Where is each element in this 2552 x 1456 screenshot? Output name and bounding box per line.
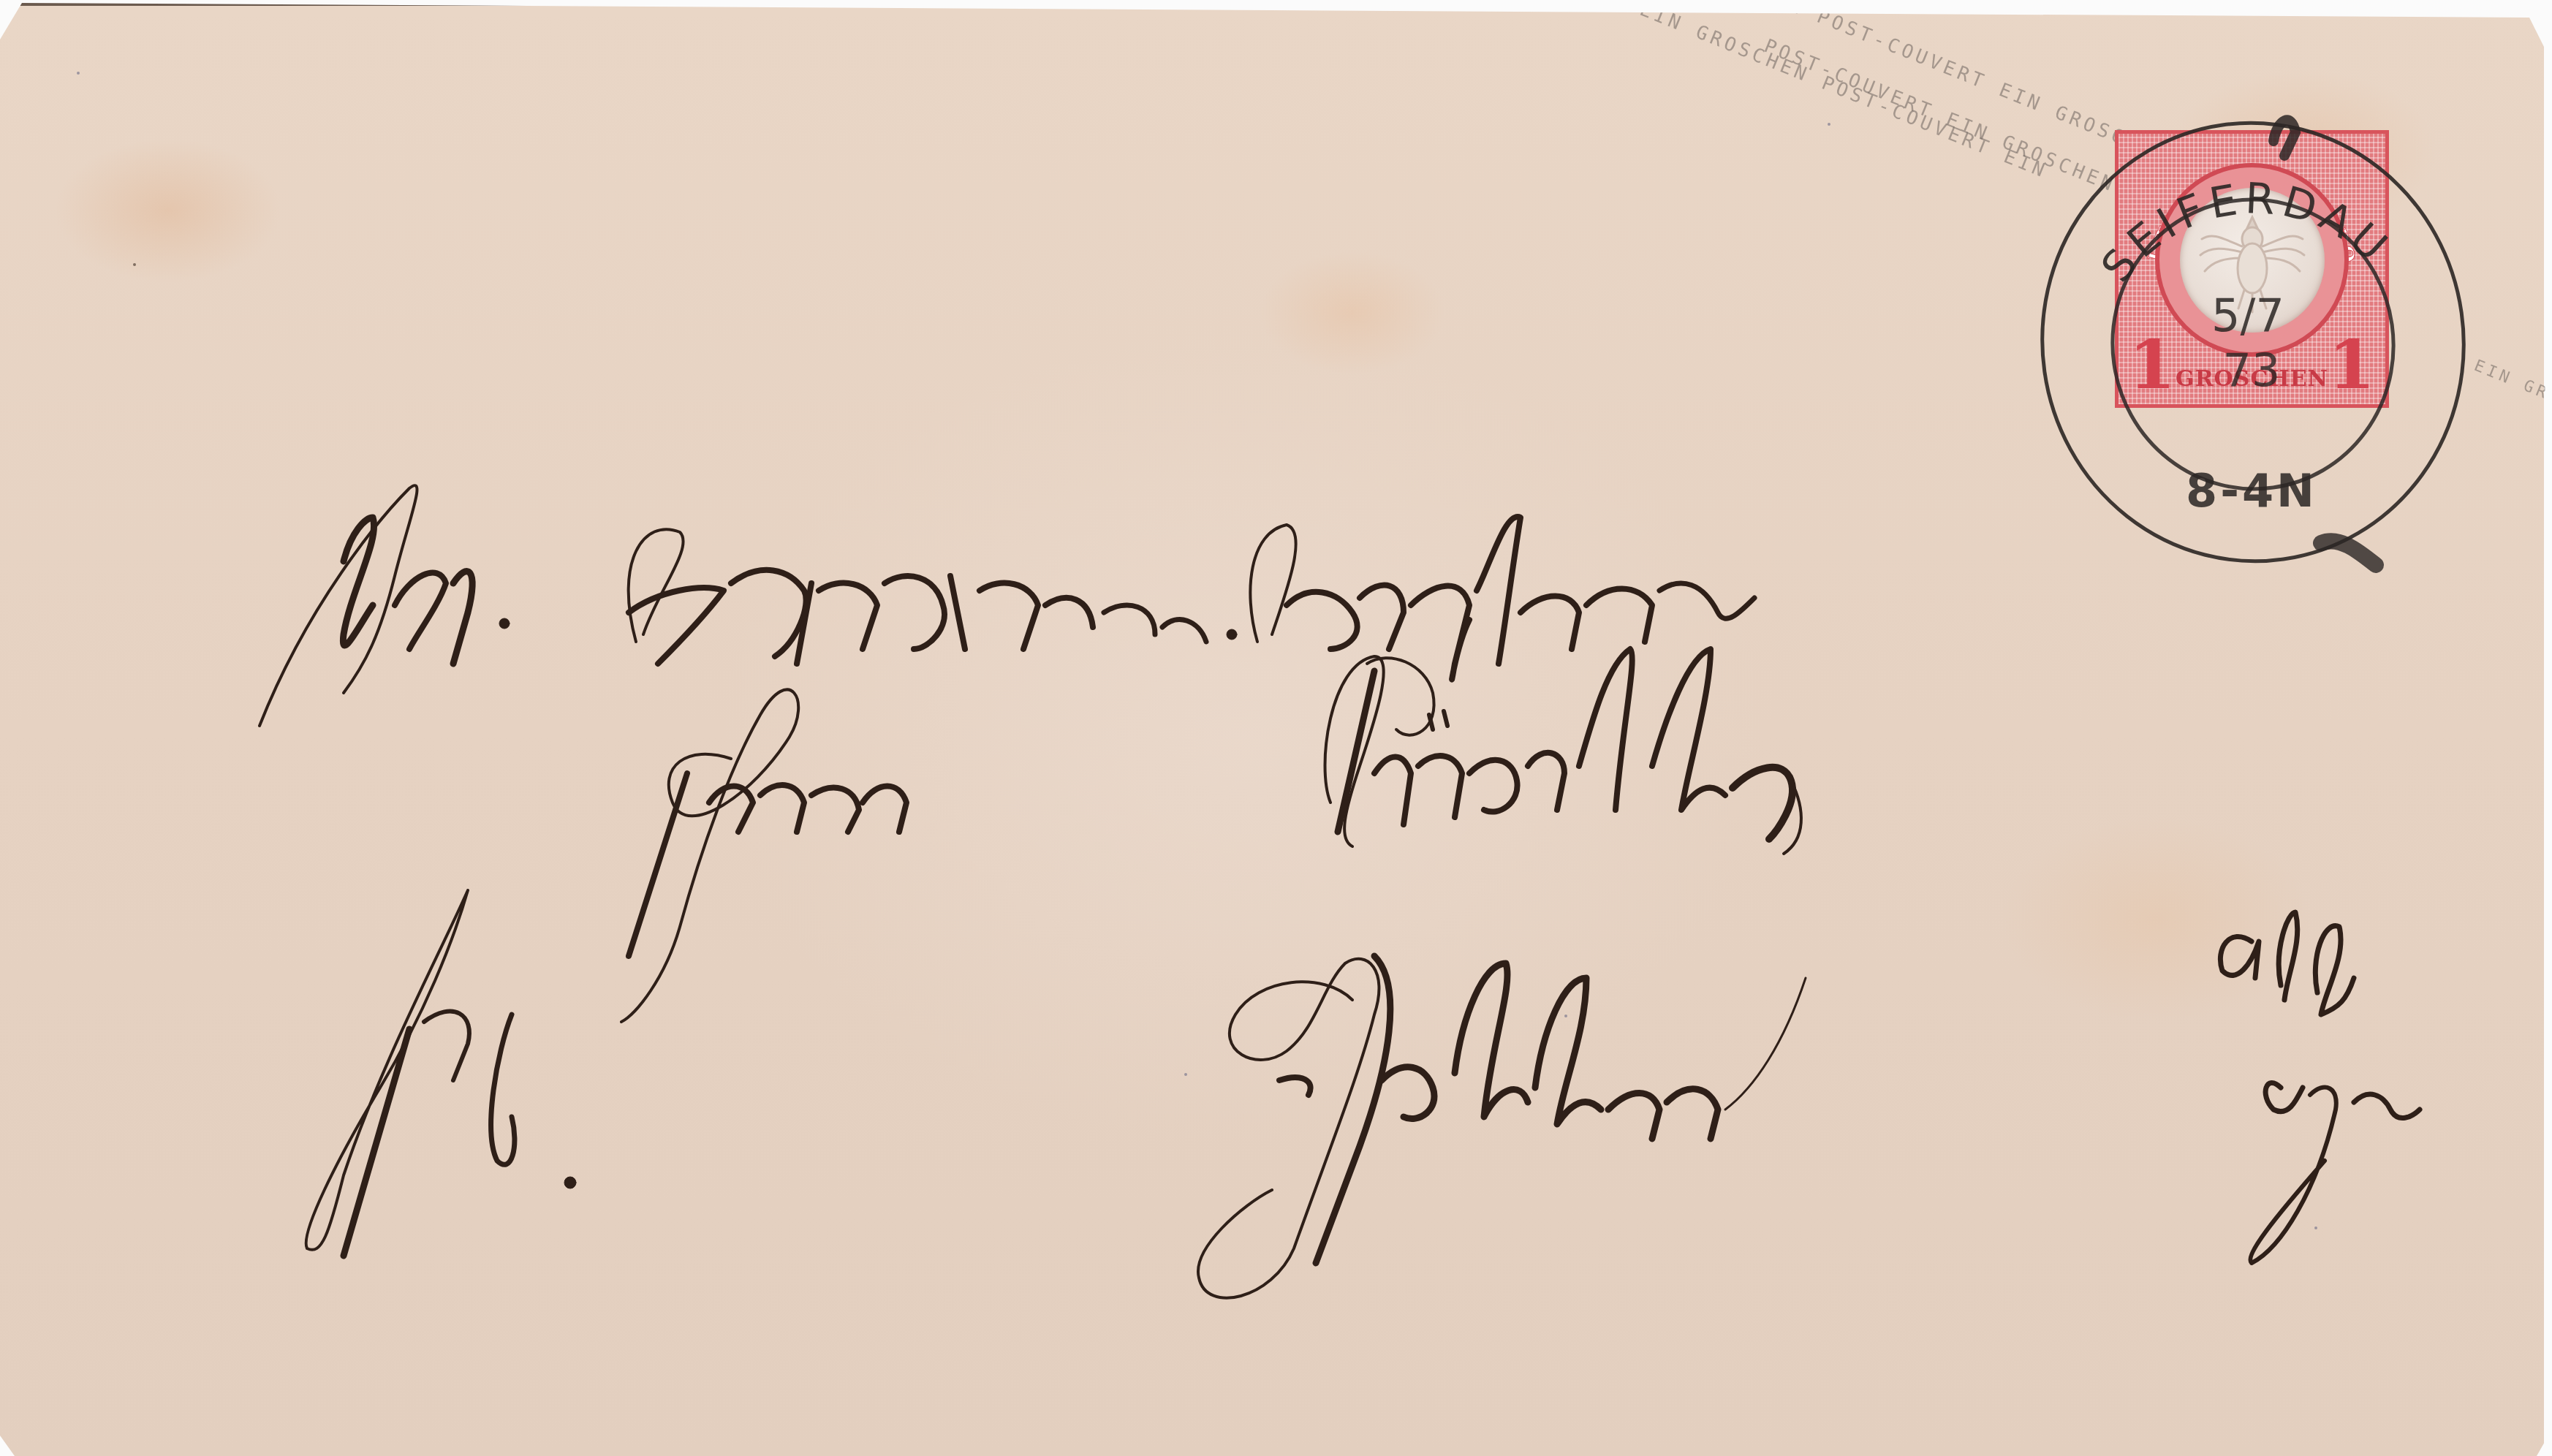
overprint-line: GROSCHEN POST-COUVERT EIN GROSCHEN bbox=[1688, 0, 2172, 167]
paper-fleck bbox=[133, 263, 136, 266]
envelope: EIN GROSCHEN POST-COUVERT EIN GROSCHEN P… bbox=[0, 3, 2544, 1456]
franking-note-script bbox=[306, 890, 576, 1256]
paper-fleck bbox=[1184, 1073, 1187, 1076]
paper-fleck bbox=[1828, 123, 1830, 126]
stamp-medallion-frame bbox=[2155, 163, 2349, 357]
address-line-1-script bbox=[260, 485, 1754, 726]
paper-fleck bbox=[2314, 1226, 2317, 1229]
paper-fleck bbox=[1564, 1015, 1567, 1017]
address-line-2-script bbox=[621, 649, 1801, 1022]
paper-fleck bbox=[77, 72, 80, 75]
stamp-impression: DEUTSCHE REICHS-POST 1 1 GROSCHEN bbox=[2115, 130, 2389, 408]
stamp-medallion bbox=[2180, 188, 2325, 333]
overprint-fragment: EIN GROSCHEN POST-COUVERT EIN GROSCHEN bbox=[2472, 357, 2552, 564]
address-line-3-script bbox=[1198, 912, 2420, 1298]
postmark-time: 8-4N bbox=[2186, 464, 2317, 517]
eagle-icon bbox=[2180, 188, 2325, 333]
stamp-denomination: GROSCHEN bbox=[2119, 366, 2385, 392]
